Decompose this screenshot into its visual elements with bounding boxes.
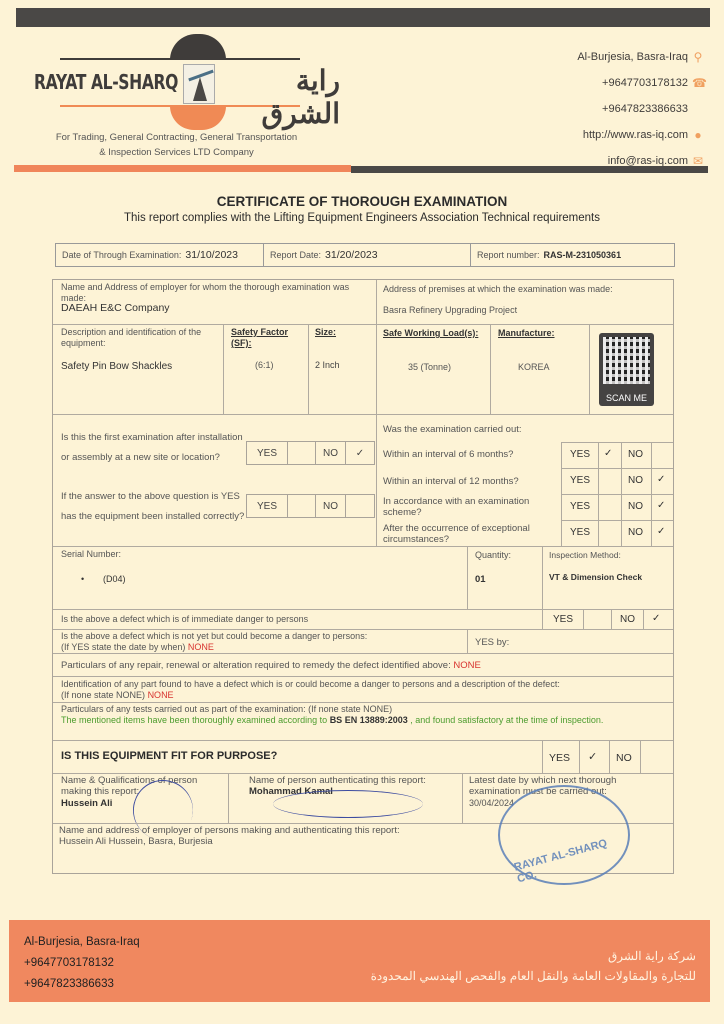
installed-correctly-question: If the answer to the above question is Y… [61,487,246,527]
tagline-line-1: For Trading, General Contracting, Genera… [34,130,319,145]
contact-address: Al-Burjesia, Basra-Iraq⚲ [577,44,704,70]
company-logo: RAYAT AL-SHARQ راية الشرق [20,30,340,130]
manufacture-value: KOREA [518,362,550,372]
fit-no[interactable]: NO [616,752,632,764]
contact-phone-1: +9647703178132☎ [577,70,704,96]
scheme-no[interactable]: NO [628,501,643,512]
interval-12-yes[interactable]: YES [570,475,590,486]
immediate-danger-yes[interactable]: YES [553,614,573,625]
yes-checkbox[interactable] [288,495,316,517]
tests-row: Particulars of any tests carried out as … [61,704,621,726]
size-label: Size: [315,327,336,338]
employer-label: Name and Address of employer for whom th… [61,282,371,304]
yes-option[interactable]: YES [247,442,288,464]
exceptional-no-check[interactable]: ✓ [657,526,665,537]
company-name-en: RAYAT AL-SHARQ [34,70,178,94]
certificate-subtitle: This report complies with the Lifting Eq… [0,212,724,224]
report-number: Report number:RAS-M-231050361 [471,244,674,266]
exam-carried-out-label: Was the examination carried out: [383,424,522,435]
serial-label: Serial Number: [61,549,121,560]
interval-12-question: Within an interval of 12 months? [383,472,563,492]
interval-6-no[interactable]: NO [628,449,643,460]
authenticator-label: Name of person authenticating this repor… [249,775,426,786]
contact-phone-2: +9647823386633 [577,96,704,122]
contact-info: Al-Burjesia, Basra-Iraq⚲ +9647703178132☎… [577,44,704,174]
footer-phone-2: +9647823386633 [24,974,140,995]
oil-pump-icon [183,64,215,104]
gear-bottom-icon [170,106,226,130]
fit-for-purpose-question: IS THIS EQUIPMENT FIT FOR PURPOSE? [61,750,277,762]
footer-address: Al-Burjesia, Basra-Iraq [24,932,140,953]
no-checkbox[interactable] [346,495,374,517]
location-pin-icon: ⚲ [692,51,704,63]
repair-value: NONE [453,660,480,671]
swl-label: Safe Working Load(s): [383,328,478,339]
no-option[interactable]: NO [316,495,346,517]
exam-scheme-question: In accordance with an examination scheme… [383,496,563,518]
immediate-danger-no-check[interactable]: ✓ [652,613,660,624]
certificate-page: RAYAT AL-SHARQ راية الشرق For Trading, G… [0,0,724,1024]
telephone-icon: ☎ [692,77,704,89]
scheme-no-check[interactable]: ✓ [657,500,665,511]
company-tagline: For Trading, General Contracting, Genera… [34,130,319,160]
interval-6-question: Within an interval of 6 months? [383,445,563,465]
first-exam-question: Is this the first examination after inst… [61,428,246,468]
inspection-method-label: Inspection Method: [549,550,621,561]
fit-yes-check[interactable]: ✓ [588,750,597,763]
inspection-method-value: VT & Dimension Check [549,572,642,582]
no-checkbox-checked[interactable]: ✓ [346,442,374,464]
safety-factor-label: Safety Factor (SF): [231,327,301,349]
installed-correctly-answer: YES NO [246,494,375,518]
future-danger-value: NONE [188,642,214,652]
first-exam-answer: YES NO ✓ [246,441,375,465]
globe-icon: ● [692,129,704,141]
scheme-yes[interactable]: YES [570,501,590,512]
test-standard: BS EN 13889:2003 [330,715,408,725]
yes-checkbox[interactable] [288,442,316,464]
gear-top-icon [170,34,226,60]
serial-value: (D04) [103,574,126,584]
exceptional-no[interactable]: NO [628,527,643,538]
next-exam-date: 30/04/2024 [469,798,514,808]
repair-row: Particulars of any repair, renewal or al… [61,660,481,671]
no-option[interactable]: NO [316,442,346,464]
premises-label: Address of premises at which the examina… [383,284,673,295]
yes-by-label: YES by: [475,637,509,648]
company-stamp: RAYAT AL-SHARQ CO. [498,785,630,885]
exam-date: Date of Through Examination:31/10/2023 [56,244,264,266]
defect-part-row: Identification of any part found to have… [61,679,560,701]
examination-form: Name and Address of employer for whom th… [52,279,674,874]
interval-6-yes[interactable]: YES [570,449,590,460]
fit-yes[interactable]: YES [549,752,570,764]
immediate-danger-no[interactable]: NO [620,614,635,625]
equipment-description-label: Description and identification of the eq… [61,327,221,349]
certificate-title: CERTIFICATE OF THOROUGH EXAMINATION [0,194,724,209]
header-top-bar [16,8,710,27]
authenticator-signature [273,790,423,818]
qr-code[interactable]: SCAN ME [599,333,654,406]
footer-band: Al-Burjesia, Basra-Iraq +9647703178132 +… [9,920,710,1002]
exceptional-circumstances-question: After the occurrence of exceptional circ… [383,523,563,545]
defect-part-value: NONE [148,690,174,700]
interval-12-no-check[interactable]: ✓ [657,474,665,485]
report-info-box: Date of Through Examination:31/10/2023 R… [55,243,675,267]
interval-6-yes-check[interactable]: ✓ [604,448,612,459]
employer-value: DAEAH E&C Company [61,302,170,314]
header-divider-orange [14,165,351,172]
interval-12-no[interactable]: NO [628,475,643,486]
report-maker-name: Hussein Ali [61,798,112,809]
quantity-label: Quantity: [475,550,511,561]
footer-contact: Al-Burjesia, Basra-Iraq +9647703178132 +… [24,932,140,995]
report-date: Report Date:31/20/2023 [264,244,471,266]
tagline-line-2: & Inspection Services LTD Company [34,145,319,160]
safety-factor-value: (6:1) [255,360,274,370]
footer-phone-1: +9647703178132 [24,953,140,974]
employer-of-persons-label: Name and address of employer of persons … [59,825,400,836]
header-divider-dark [351,166,708,173]
footer-arabic-name: شركة راية الشرق للتجارة والمقاولات العام… [371,946,696,986]
qr-code-icon [603,337,650,384]
exceptional-yes[interactable]: YES [570,527,590,538]
swl-value: 35 (Tonne) [408,362,451,372]
future-danger-question: Is the above a defect which is not yet b… [61,631,367,653]
size-value: 2 Inch [315,360,340,370]
yes-option[interactable]: YES [247,495,288,517]
company-name-ar: راية الشرق [220,64,340,130]
serial-bullet: • [81,574,84,584]
premises-value: Basra Refinery Upgrading Project [383,305,517,315]
quantity-value: 01 [475,574,486,585]
equipment-description: Safety Pin Bow Shackles [61,361,172,372]
manufacture-label: Manufacture: [498,328,555,339]
qr-scan-label: SCAN ME [599,393,654,403]
contact-website[interactable]: http://www.ras-iq.com● [577,122,704,148]
immediate-danger-question: Is the above a defect which is of immedi… [61,614,308,625]
employer-of-persons-value: Hussein Ali Hussein, Basra, Burjesia [59,836,213,847]
